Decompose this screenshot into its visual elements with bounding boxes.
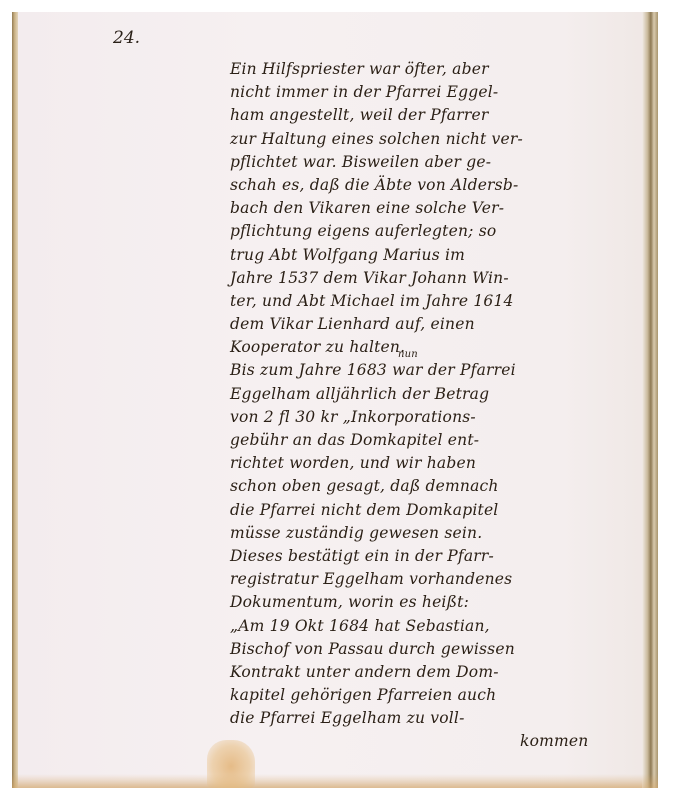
text-line: Dokumentum, worin es heißt: [230, 591, 640, 614]
manuscript-page: 24. Ein Hilfspriester war öfter, aber ni… [12, 12, 658, 788]
text-line: schon oben gesagt, daß demnach [230, 475, 640, 498]
text-line: die Pfarrei Eggelham zu voll- [230, 707, 640, 730]
text-line: pflichtet war. Bisweilen aber ge- [230, 151, 640, 174]
text-line: kapitel gehörigen Pfarreien auch [230, 684, 640, 707]
text-line: ter, und Abt Michael im Jahre 1614 [230, 290, 640, 313]
text-line: Dieses bestätigt ein in der Pfarr- [230, 545, 640, 568]
page-number: 24. [113, 28, 140, 48]
text-line: nicht immer in der Pfarrei Eggel- [230, 81, 640, 104]
page-bottom-stain [12, 774, 658, 788]
text-line: registratur Eggelham vorhandenes [230, 568, 640, 591]
text-line: Kooperator zu halten. [230, 336, 640, 359]
text-line: ham angestellt, weil der Pfarrer [230, 104, 640, 127]
page-left-edge [12, 12, 18, 788]
text-line: dem Vikar Lienhard auf, einen [230, 313, 640, 336]
text-line: Bischof von Passau durch gewissen [230, 638, 640, 661]
catchword: kommen [230, 730, 640, 753]
text-line: zur Haltung eines solchen nicht ver- [230, 128, 640, 151]
text-line: bach den Vikaren eine solche Ver- [230, 197, 640, 220]
text-line: schah es, daß die Äbte von Aldersb- [230, 174, 640, 197]
text-line: pflichtung eigens auferlegten; so [230, 220, 640, 243]
text-line: „Am 19 Okt 1684 hat Sebastian, [230, 615, 640, 638]
handwritten-text-block: Ein Hilfspriester war öfter, aber nicht … [230, 58, 640, 754]
text-line: müsse zuständig gewesen sein. [230, 522, 640, 545]
text-line: Bis zum Jahre 1683 war der Pfarrei [230, 361, 516, 379]
text-line: von 2 fl 30 kr „Inkorporations- [230, 406, 640, 429]
text-line: Eggelham alljährlich der Betrag [230, 383, 640, 406]
text-line: Ein Hilfspriester war öfter, aber [230, 58, 640, 81]
text-line: richtet worden, und wir haben [230, 452, 640, 475]
text-line: die Pfarrei nicht dem Domkapitel [230, 499, 640, 522]
text-line: trug Abt Wolfgang Marius im [230, 244, 640, 267]
text-line: Kontrakt unter andern dem Dom- [230, 661, 640, 684]
text-line-with-insertion: Bis zum Jahre 1683 war der Pfarrei nun [230, 359, 640, 382]
text-line: gebühr an das Domkapitel ent- [230, 429, 640, 452]
text-line: Jahre 1537 dem Vikar Johann Win- [230, 267, 640, 290]
page-right-edge-binding [642, 12, 658, 788]
